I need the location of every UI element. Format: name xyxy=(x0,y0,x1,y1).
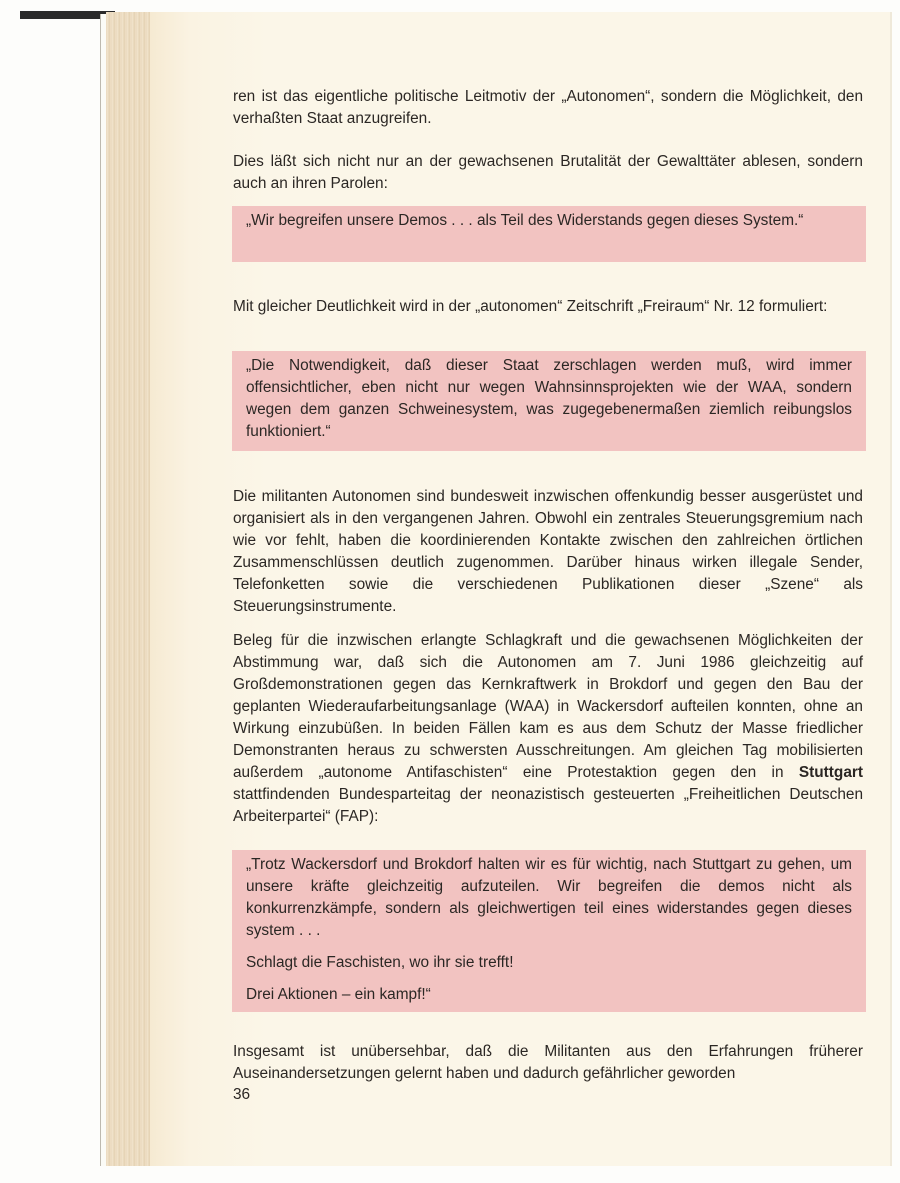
quote-3-line-3: Drei Aktionen – ein kampf!“ xyxy=(246,984,852,1006)
quote-3-line-1: „Trotz Wackersdorf und Brokdorf halten w… xyxy=(246,854,852,942)
quote-1-text: „Wir begreifen unsere Demos . . . als Te… xyxy=(246,210,852,232)
paragraph-5: Beleg für die inzwischen erlangte Schlag… xyxy=(233,630,863,828)
page-stack-edges xyxy=(106,12,152,1166)
paragraph-3: Mit gleicher Deutlichkeit wird in der „a… xyxy=(233,296,863,318)
paragraph-5-part-2: stattfindenden Bundesparteitag der neona… xyxy=(233,786,863,825)
quote-box-2: „Die Notwendigkeit, daß dieser Staat zer… xyxy=(232,351,866,451)
paragraph-5-bold-stuttgart: Stuttgart xyxy=(799,764,863,781)
page-number: 36 xyxy=(233,1086,250,1104)
paragraph-6: Insgesamt ist unübersehbar, daß die Mili… xyxy=(233,1041,863,1085)
paragraph-4: Die militanten Autonomen sind bundesweit… xyxy=(233,486,863,618)
paragraph-5-part-1: Beleg für die inzwischen erlangte Schlag… xyxy=(233,632,863,781)
quote-box-3: „Trotz Wackersdorf und Brokdorf halten w… xyxy=(232,850,866,1012)
quote-2-text: „Die Notwendigkeit, daß dieser Staat zer… xyxy=(246,355,852,443)
quote-box-1: „Wir begreifen unsere Demos . . . als Te… xyxy=(232,206,866,262)
paragraph-1: ren ist das eigentliche politische Leitm… xyxy=(233,86,863,130)
quote-3-line-2: Schlagt die Faschisten, wo ihr sie treff… xyxy=(246,952,852,974)
paragraph-2: Dies läßt sich nicht nur an der gewachse… xyxy=(233,151,863,195)
